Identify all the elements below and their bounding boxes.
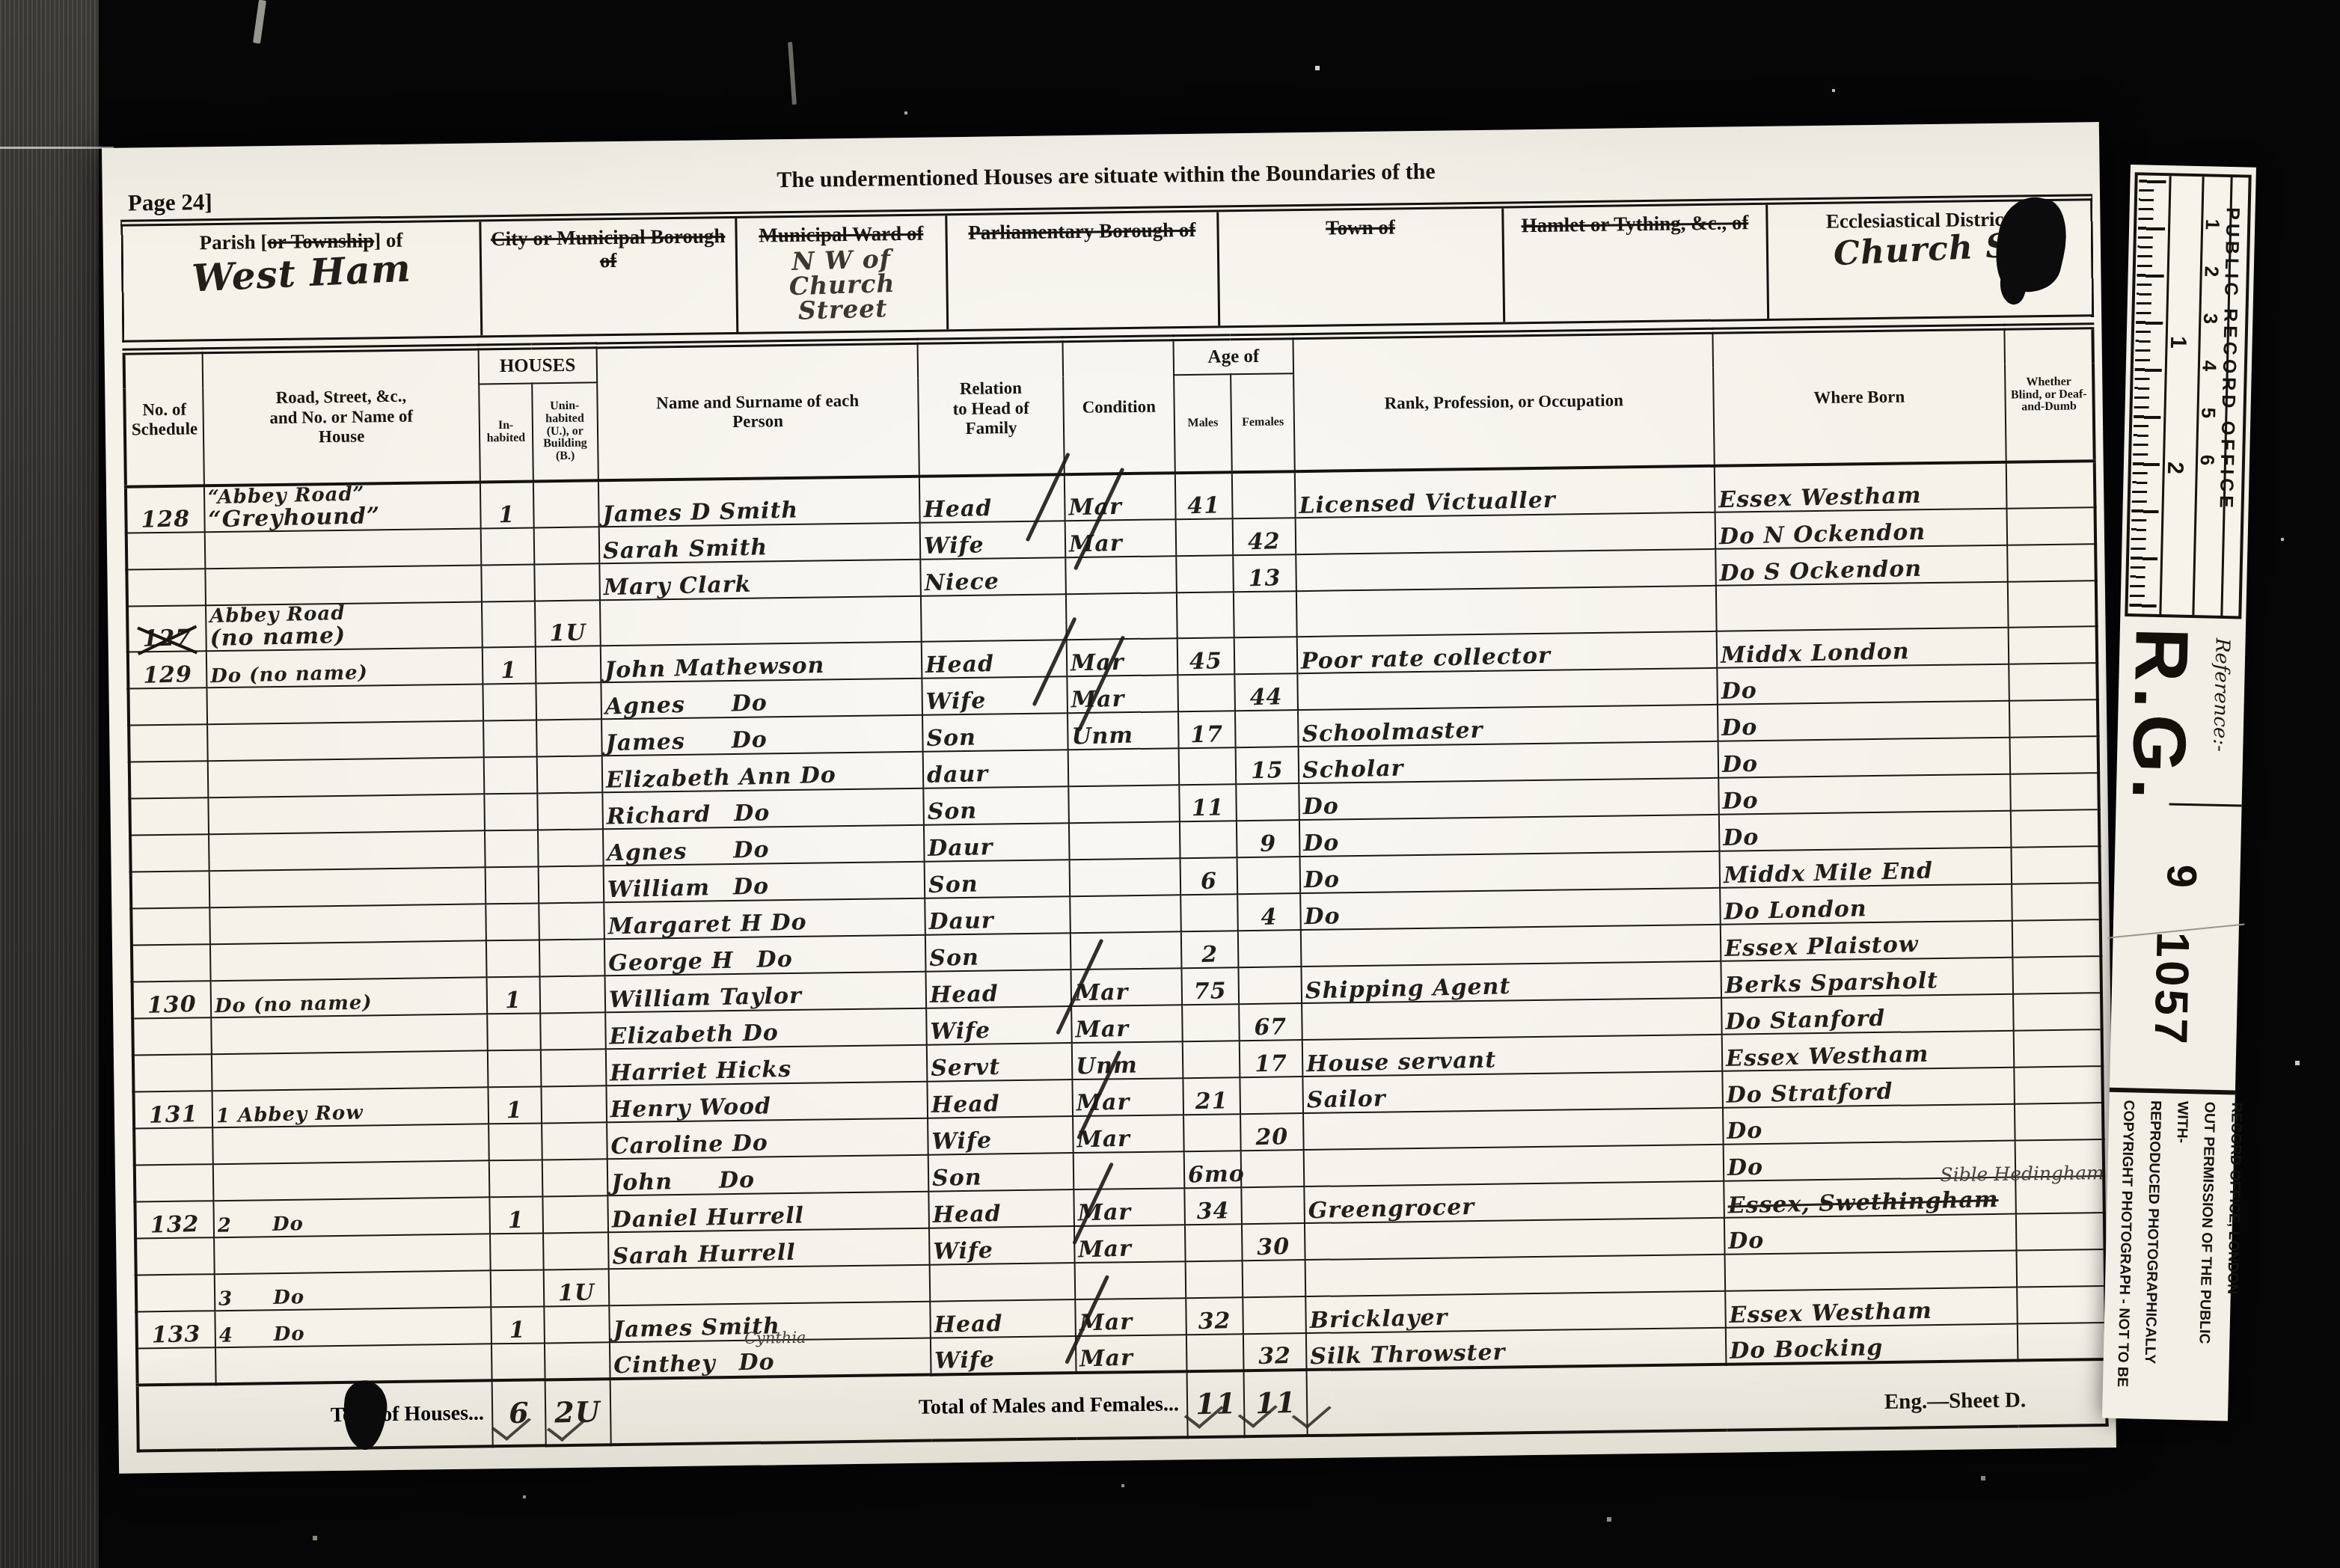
location-box: City or Municipal Borough of [481,218,738,335]
cell-occupation [1305,1254,1725,1296]
cell-occupation [1301,924,1721,966]
film-edge [0,0,99,1568]
cell-born: Do Stratford [1722,1067,2014,1107]
cell-age-female [1234,591,1297,637]
cell-age-male [1182,1004,1240,1041]
cell-relation [929,1263,1075,1302]
cell-age-female: 13 [1233,554,1296,592]
cell-age-male [1180,894,1238,931]
cell-uninhabited [536,756,601,793]
cell-age-male: 17 [1178,711,1236,748]
cell-born: Do [1718,700,2009,741]
ruler-inch-number: 2 [2162,462,2187,474]
cell-road [212,1050,488,1091]
cell-condition [1069,821,1180,860]
cell-condition: Mar [1065,473,1175,521]
cell-name: Richard Do [602,788,924,829]
col-condition: Condition [1063,338,1175,474]
cell-inhabited [485,866,539,904]
cell-occupation: Do [1301,887,1721,929]
cell-born: Berks Sparsholt [1721,957,2012,997]
cell-schedule [130,834,209,872]
col-females: Females [1231,373,1295,472]
cell-schedule: 128 [126,486,205,533]
cell-relation: Wife [919,521,1065,560]
film-strip: 12 123456 PUBLIC RECORD OFFICE R.G. Refe… [2102,165,2256,1421]
cell-age-male [1178,747,1236,785]
col-road: Road, Street, &c., and No. or Name of Ho… [203,347,480,486]
cell-relation: Wife [926,1006,1072,1045]
cell-born: Essex Westham [1725,1287,2017,1327]
cell-road [205,528,481,569]
cell-name: James Do [601,714,923,756]
piece-number: 1057 [2143,931,2199,1048]
cell-relation: Son [923,786,1069,825]
reference-label: Reference:- [2208,638,2233,753]
cell-condition [1073,1151,1184,1189]
cell-relation: Son [928,1153,1073,1192]
cell-condition [1066,556,1177,594]
cell-age-male: 21 [1183,1077,1240,1115]
cell-born: Middx Mile End [1719,847,2011,887]
cell-born [1716,582,2008,631]
cell-age-male [1185,1261,1243,1298]
cell-born: Essex Westham [1722,1030,2014,1071]
cell-age-female [1239,967,1302,1004]
cell-road [210,940,486,981]
cell-occupation: Shipping Agent [1302,961,1721,1002]
cell-age-female: 42 [1233,518,1296,555]
cell-schedule [135,1237,215,1275]
cell-name: Daniel Hurrell [607,1191,929,1232]
cell-schedule [128,687,207,725]
cell-road [209,830,485,871]
cell-occupation [1298,667,1718,709]
cell-age-male [1176,555,1234,592]
cell-age-female [1238,930,1302,967]
cell-condition: Unm [1072,1041,1183,1079]
cell-uninhabited [536,719,601,756]
cell-road [207,684,483,724]
cell-uninhabited [539,939,604,976]
cell-age-female [1240,1077,1304,1114]
cell-schedule: 127 [127,605,206,652]
cell-occupation: Do [1300,851,1720,892]
cell-road: 3 Do [215,1270,491,1311]
col-houses-group: HOUSES [478,346,597,385]
location-box: Hamlet or Tything, &c., of [1504,205,1768,322]
cell-uninhabited [536,682,601,720]
cell-occupation: Silk Throwster [1306,1327,1726,1369]
cell-uninhabited [540,1012,605,1050]
cell-relation: Niece [920,557,1066,596]
cell-blind [2009,663,2098,701]
cell-schedule [135,1164,214,1201]
cell-uninhabited [542,1195,607,1233]
cell-occupation [1303,1107,1723,1149]
location-box-value: N W of Church Street [741,245,943,325]
cell-road: “Abbey Road”“Greyhound” [204,482,480,532]
cell-road [213,1160,489,1201]
cell-occupation: House servant [1302,1034,1722,1076]
cell-relation: Servt [926,1043,1072,1082]
cell-road [210,904,486,944]
cell-condition: Mar [1074,1225,1185,1263]
cell-relation: daur [922,750,1068,788]
cell-inhabited [480,527,534,565]
cell-name [600,596,922,646]
location-box-label: Town of [1223,215,1498,242]
cell-born: Essex Plaistow [1721,920,2012,961]
cell-blind [2014,1066,2103,1104]
copyright-line: REPRODUCED PHOTOGRAPHICALLY WITH- [2135,1100,2196,1409]
cell-blind [2007,544,2096,582]
cell-age-female: 4 [1237,893,1301,931]
cell-name: Sarah Smith [598,523,920,564]
cell-uninhabited [541,1049,606,1086]
cell-blind [2014,1103,2103,1141]
cell-inhabited [486,940,540,977]
cell-uninhabited [538,866,603,903]
col-schedule: No. of Schedule [124,351,205,487]
cell-condition [1069,785,1180,823]
cell-born: Sible HedinghamEssex, Swethingham [1724,1177,2015,1217]
cell-blind [2011,846,2100,884]
cell-uninhabited [538,829,603,866]
cell-condition [1071,931,1181,970]
cell-occupation [1296,586,1716,637]
cell-relation: Head [928,1189,1074,1228]
cell-occupation [1296,549,1716,591]
cell-inhabited [488,1050,542,1087]
cell-born: Do S Ockendon [1715,545,2007,586]
record-office-label: PUBLIC RECORD OFFICE [2215,207,2243,512]
cell-age-female: 30 [1242,1223,1305,1261]
table-wrap: No. of Schedule Road, Street, &c., and N… [123,322,2109,1452]
cell-inhabited [486,903,539,940]
cell-name: Caroline Do [607,1118,928,1159]
cell-age-female: 9 [1237,820,1300,857]
cell-born: Do [1723,1103,2015,1144]
cell-age-male: 45 [1177,637,1235,675]
cell-inhabited [483,720,537,757]
cell-age-male [1183,1041,1240,1078]
cell-blind [2010,773,2099,811]
cell-condition [1075,1261,1186,1299]
cell-uninhabited [541,1085,606,1123]
cell-road: 2 Do [214,1197,490,1237]
cell-blind [2006,507,2095,545]
cell-age-female [1237,857,1301,894]
cell-relation: Daur [924,823,1070,862]
cell-name: John Mathewson [600,641,922,682]
cell-inhabited [490,1270,544,1307]
cell-age-female [1232,471,1296,518]
col-age-group: Age of [1173,337,1293,376]
cell-occupation: Poor rate collector [1297,631,1717,673]
cell-born: Essex Westham [1715,462,2006,512]
cell-age-female: 15 [1236,747,1299,784]
cell-uninhabited [533,480,599,527]
cell-relation: Son [922,713,1068,752]
cell-name [608,1264,930,1305]
cell-relation: Head [921,640,1067,679]
cell-inhabited: 1 [486,976,540,1014]
cell-condition: Mar [1072,1005,1183,1043]
cell-occupation: Schoolmaster [1298,704,1718,746]
cell-road: 4 Do [215,1307,491,1347]
cell-blind [2009,736,2098,774]
cell-occupation [1304,1144,1724,1186]
col-males: Males [1174,374,1232,473]
cell-occupation [1305,1217,1724,1259]
cell-road [212,1124,488,1164]
cell-age-male: 6 [1180,857,1237,895]
cell-age-female [1236,783,1299,821]
cell-name: James D Smith [598,477,920,527]
film-sliver [788,42,797,105]
cell-uninhabited [543,1232,608,1270]
cell-occupation: Do [1299,814,1719,856]
cell-inhabited [488,1160,542,1197]
cell-age-male [1186,1334,1244,1371]
cell-age-male: 75 [1181,967,1239,1005]
cell-uninhabited: 1U [535,600,601,646]
census-table: No. of Schedule Road, Street, &c., and N… [123,322,2109,1452]
location-box: Parish [or Township] of West Ham [123,221,483,340]
location-box: Town of [1219,208,1505,325]
film-scratch [0,147,114,149]
cell-name: John Do [607,1154,928,1195]
cell-uninhabited [534,563,599,601]
cell-road [209,867,486,907]
cell-schedule [131,907,210,945]
cell-uninhabited [539,976,604,1013]
cell-uninhabited [539,902,604,940]
cell-relation: Head [927,1079,1073,1118]
location-box: Municipal Ward of N W of Church Street [737,215,949,332]
cell-age-female: 32 [1243,1333,1307,1371]
col-name: Name and Surname of each Person [596,341,919,480]
cell-condition [1070,858,1180,896]
cell-schedule [129,797,209,835]
cell-born [1725,1250,2017,1290]
cell-name: William Taylor [604,971,926,1012]
cell-born: Do [1718,774,2010,814]
cell-occupation [1296,512,1715,554]
cell-relation: Wife [931,1336,1076,1375]
cell-age-male [1177,592,1234,638]
cell-inhabited: 1 [480,481,534,528]
cell-inhabited [490,1233,544,1270]
cell-condition: Mar [1067,638,1177,676]
cell-relation: Head [925,970,1071,1008]
cell-occupation: Do [1299,777,1719,819]
cell-born: Do [1724,1213,2016,1254]
cell-schedule: 132 [135,1201,214,1238]
cell-uninhabited [542,1159,607,1196]
cell-relation [921,594,1068,641]
cell-schedule [126,569,206,606]
cell-schedule [126,532,206,569]
cell-relation: Wife [928,1116,1073,1155]
cell-blind [2006,461,2095,508]
cell-condition: Mar [1073,1115,1183,1153]
cell-name: Elizabeth Do [605,1008,927,1049]
cell-inhabited [484,793,538,830]
cell-relation: Head [930,1299,1076,1338]
cell-age-female [1234,637,1298,674]
cell-blind [2007,581,2096,627]
cell-age-female: 20 [1240,1113,1304,1151]
cell-name: Mary Clark [599,560,921,601]
location-box-label: Hamlet or Tything, &c., of [1509,211,1762,237]
cell-condition [1068,748,1179,786]
reference-panel: R.G. Reference:- 9 1057 [2110,616,2246,1095]
cell-inhabited [488,1123,542,1160]
location-box-label: Parliamentary Borough of [952,218,1212,245]
cell-blind [2013,1029,2102,1068]
cell-road [211,1014,487,1054]
cell-age-female: 17 [1240,1040,1303,1077]
table-body: 128 “Abbey Road”“Greyhound” 1 James D Sm… [126,461,2106,1385]
cell-blind [2017,1323,2106,1361]
census-page: Page 24] The undermentioned Houses are s… [102,122,2116,1474]
cell-age-female: 44 [1234,673,1298,711]
copyright-panel: COPYRIGHT PHOTOGRAPH - NOT TO BEREPRODUC… [2102,1092,2235,1417]
cell-blind [2010,809,2099,848]
cell-name: Harriet Hicks [605,1044,927,1085]
cell-relation: Son [925,933,1071,972]
ruler-inch-number: 1 [2165,336,2190,349]
cell-schedule [136,1274,215,1311]
cell-condition [1071,895,1181,933]
cell-schedule [137,1347,216,1385]
cell-born: Do Bocking [1726,1323,2018,1364]
location-box-label: Municipal Ward of [741,221,941,248]
cell-schedule [132,944,211,981]
cell-road [214,1234,490,1274]
cell-relation: Son [924,860,1070,898]
cell-schedule [133,1054,212,1091]
cell-name: Sarah Hurrell [608,1228,930,1269]
cell-name: Elizabeth Ann Do [601,751,923,792]
cell-occupation: Sailor [1303,1071,1723,1112]
copyright-text: COPYRIGHT PHOTOGRAPH - NOT TO BEREPRODUC… [2108,1100,2250,1409]
cell-blind [2012,919,2101,958]
cell-name: William Do [603,861,925,902]
series-label: R.G. [2115,627,2205,806]
cell-condition [1066,592,1177,640]
cell-road [209,794,485,834]
cell-road: Do (no name) [206,647,483,687]
cell-road [207,720,483,761]
series-number: 9 [2157,864,2207,889]
table-header: No. of Schedule Road, Street, &c., and N… [124,326,2095,487]
col-inhabited: In- habited [479,384,533,483]
cell-uninhabited [537,792,602,830]
cell-road: Do (no name) [211,977,487,1017]
cell-age-male [1177,674,1235,711]
cell-born: Do [1718,737,2010,777]
cell-born: Middx London [1717,627,2009,667]
cell-age-male [1175,518,1233,556]
cell-condition: Mar [1076,1335,1186,1373]
cell-name: George H Do [604,934,926,976]
cell-age-female [1241,1150,1305,1187]
cell-schedule: 130 [132,981,212,1018]
cell-inhabited: 1 [483,646,536,684]
form-title: The undermentioned Houses are situate wi… [120,150,2092,202]
cell-blind [2017,1286,2106,1324]
cell-relation: Daur [925,896,1071,935]
total-males-females-label: Total of Males and Females... [614,1392,1184,1424]
cell-road [208,757,484,797]
location-boxes: Parish [or Township] of West Ham City or… [120,194,2094,342]
cell-occupation: Scholar [1299,741,1718,783]
cell-schedule [129,761,209,798]
sheet-note: Eng.—Sheet D. [1884,1388,2027,1414]
cell-inhabited [485,830,539,867]
film-speckles [0,0,1,1]
location-box-label: City or Municipal Borough of [486,224,731,274]
total-houses-label: Total of Houses... [142,1401,488,1430]
cell-uninhabited [536,646,601,683]
cell-occupation: Licensed Victualler [1295,466,1715,518]
cell-blind [2016,1249,2105,1287]
cell-relation: Wife [929,1226,1075,1265]
census-form: Page 24] The undermentioned Houses are s… [120,150,2108,1452]
ruler-divider [2192,177,2204,615]
cell-schedule: 129 [128,651,207,688]
cell-name: Agnes Do [603,824,925,866]
cell-uninhabited [544,1305,609,1343]
cell-born: Do N Ockendon [1715,509,2007,549]
cell-blind [2013,993,2102,1031]
cell-age-male: 34 [1184,1187,1242,1225]
cell-age-female [1243,1296,1306,1334]
cell-age-male: 11 [1179,784,1237,821]
cell-blind [2015,1213,2104,1251]
cell-road: Abbey Road(no name) [206,601,482,651]
cell-born: Do Stanford [1721,993,2013,1034]
cell-age-male: 2 [1181,931,1239,968]
col-relation: Relation to Head of Family [917,340,1065,477]
col-blind: Whether Blind, or Deaf- and-Dumb [2004,326,2095,462]
film-sliver [253,0,266,43]
cell-name: Margaret H Do [604,898,925,939]
cell-inhabited: 1 [488,1086,542,1124]
cell-born: Do [1717,664,2009,704]
cell-blind [2008,626,2097,664]
cell-inhabited [491,1343,545,1380]
cell-name: Henry Wood [606,1081,928,1122]
col-born: Where Born [1712,327,2006,466]
cell-schedule [134,1127,213,1165]
cell-blind [2009,699,2098,738]
cell-age-male: 41 [1175,472,1233,519]
cell-blind [2012,956,2101,994]
cell-age-male: 32 [1186,1297,1243,1335]
cell-inhabited [483,683,536,720]
cell-name: Agnes Do [601,678,922,719]
cell-born: Do London [1720,883,2012,924]
ruler: 12 123456 PUBLIC RECORD OFFICE [2125,172,2251,619]
col-uninhabited: Unin- habited (U.), or Building (B.) [532,382,598,481]
cell-road [206,565,482,605]
cell-age-female [1235,710,1299,747]
cell-age-female: 67 [1239,1003,1302,1041]
